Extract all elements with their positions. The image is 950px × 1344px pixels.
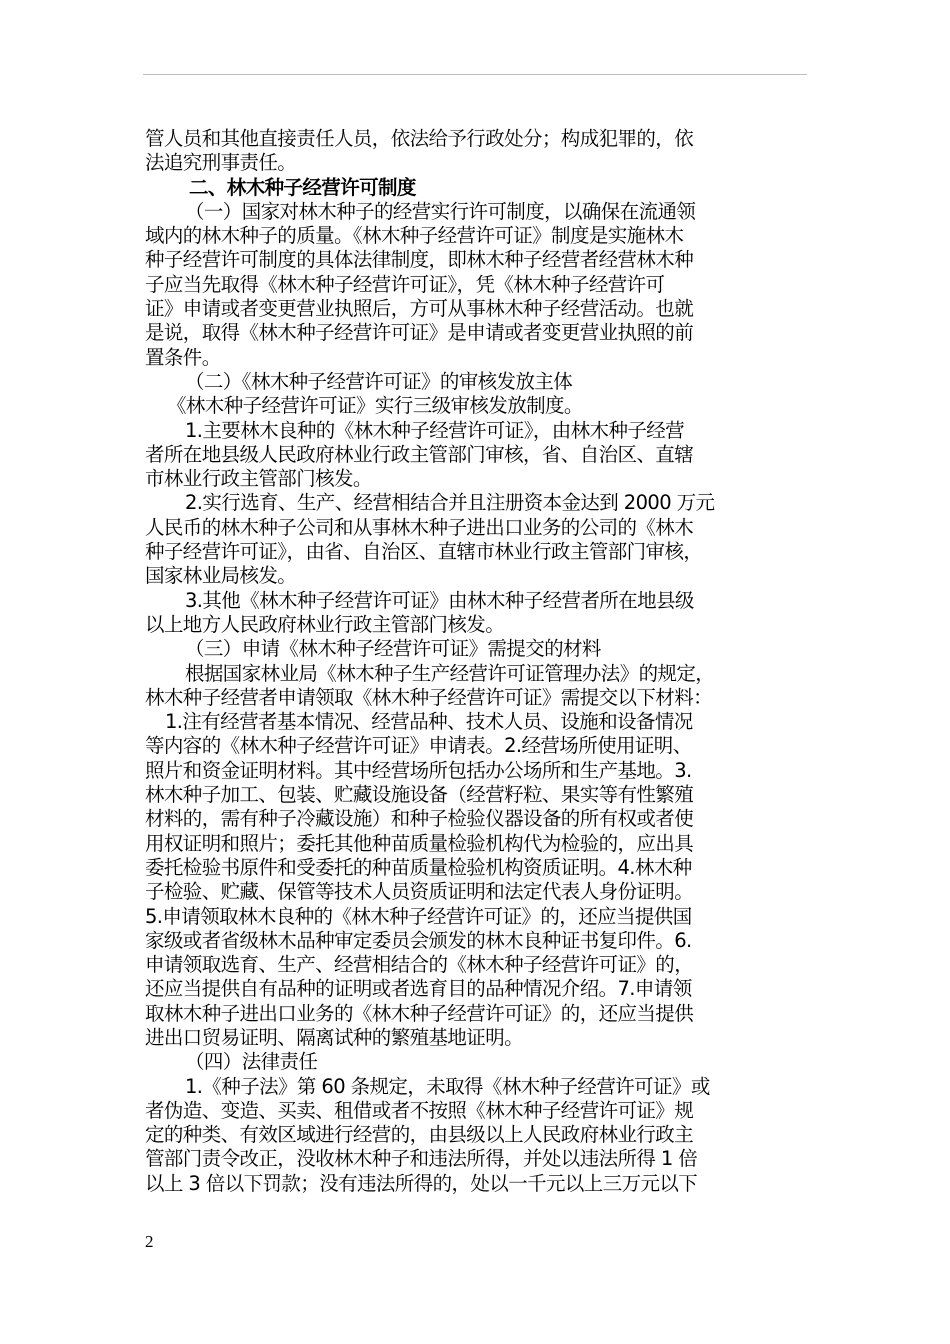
text-line: 管人员和其他直接责任人员，依法给予行政处分；构成犯罪的，依 xyxy=(145,127,810,151)
text-line: 是说，取得《林木种子经营许可证》是申请或者变更营业执照的前 xyxy=(145,321,810,345)
text-line: 用权证明和照片；委托其他种苗质量检验机构代为检验的，应出具 xyxy=(145,832,810,856)
text-line: （三）申请《林木种子经营许可证》需提交的材料 xyxy=(145,637,810,661)
text-line: （四）法律责任 xyxy=(145,1050,810,1074)
text-line: 人民币的林木种子公司和从事林木种子进出口业务的公司的《林木 xyxy=(145,516,810,540)
page-number: 2 xyxy=(145,1232,154,1252)
text-line: 3.其他《林木种子经营许可证》由林木种子经营者所在地县级 xyxy=(145,589,810,613)
text-line: 证》申请或者变更营业执照后，方可从事林木种子经营活动。也就 xyxy=(145,297,810,321)
text-line: 市林业行政主管部门核发。 xyxy=(145,467,810,491)
text-line: 委托检验书原件和受委托的种苗质量检验机构资质证明。4.林木种 xyxy=(145,856,810,880)
text-line: 1.主要林木良种的《林木种子经营许可证》，由林木种子经营 xyxy=(145,419,810,443)
document-body: 管人员和其他直接责任人员，依法给予行政处分；构成犯罪的，依法追究刑事责任。二、林… xyxy=(145,127,810,1196)
text-line: 取林木种子进出口业务的《林木种子经营许可证》的，还应当提供 xyxy=(145,1002,810,1026)
text-line: 1.《种子法》第 60 条规定，未取得《林木种子经营许可证》或 xyxy=(145,1075,810,1099)
text-line: 以上 3 倍以下罚款；没有违法所得的，处以一千元以上三万元以下 xyxy=(145,1172,810,1196)
text-line: 根据国家林业局《林木种子生产经营许可证管理办法》的规定， xyxy=(145,662,810,686)
text-line: 2.实行选育、生产、经营相结合并且注册资本金达到 2000 万元 xyxy=(145,491,810,515)
text-line: 法追究刑事责任。 xyxy=(145,151,810,175)
text-line: 种子经营许可制度的具体法律制度，即林木种子经营者经营林木种 xyxy=(145,248,810,272)
text-line: 照片和资金证明材料。其中经营场所包括办公场所和生产基地。3. xyxy=(145,759,810,783)
text-line: 进出口贸易证明、隔离试种的繁殖基地证明。 xyxy=(145,1026,810,1050)
text-line: 《林木种子经营许可证》实行三级审核发放制度。 xyxy=(145,394,810,418)
text-line: 还应当提供自有品种的证明或者选育目的品种情况介绍。7.申请领 xyxy=(145,977,810,1001)
header-rule xyxy=(143,74,807,75)
text-line: 1.注有经营者基本情况、经营品种、技术人员、设施和设备情况 xyxy=(145,710,810,734)
text-line: 材料的，需有种子冷藏设施）和种子检验仪器设备的所有权或者使 xyxy=(145,807,810,831)
text-line: 林木种子经营者申请领取《林木种子经营许可证》需提交以下材料： xyxy=(145,686,810,710)
text-line: 种子经营许可证》，由省、自治区、直辖市林业行政主管部门审核， xyxy=(145,540,810,564)
text-line: （一）国家对林木种子的经营实行许可制度，以确保在流通领 xyxy=(145,200,810,224)
text-line: 管部门责令改正，没收林木种子和违法所得，并处以违法所得 1 倍 xyxy=(145,1147,810,1171)
text-line: 定的种类、有效区域进行经营的，由县级以上人民政府林业行政主 xyxy=(145,1123,810,1147)
text-line: 林木种子加工、包装、贮藏设施设备（经营籽粒、果实等有性繁殖 xyxy=(145,783,810,807)
text-line: 者所在地县级人民政府林业行政主管部门审核，省、自治区、直辖 xyxy=(145,443,810,467)
text-line: 以上地方人民政府林业行政主管部门核发。 xyxy=(145,613,810,637)
text-line: 子应当先取得《林木种子经营许可证》，凭《林木种子经营许可 xyxy=(145,273,810,297)
text-line: 置条件。 xyxy=(145,346,810,370)
text-line: 子检验、贮藏、保管等技术人员资质证明和法定代表人身份证明。 xyxy=(145,880,810,904)
section-heading: 二、林木种子经营许可制度 xyxy=(145,176,810,200)
text-line: 者伪造、变造、买卖、租借或者不按照《林木种子经营许可证》规 xyxy=(145,1099,810,1123)
text-line: 国家林业局核发。 xyxy=(145,564,810,588)
text-line: 域内的林木种子的质量。《林木种子经营许可证》制度是实施林木 xyxy=(145,224,810,248)
text-line: （二）《林木种子经营许可证》的审核发放主体 xyxy=(145,370,810,394)
text-line: 家级或者省级林木品种审定委员会颁发的林木良种证书复印件。6. xyxy=(145,929,810,953)
text-line: 申请领取选育、生产、经营相结合的《林木种子经营许可证》的， xyxy=(145,953,810,977)
text-line: 等内容的《林木种子经营许可证》申请表。2.经营场所使用证明、 xyxy=(145,734,810,758)
text-line: 5.申请领取林木良种的《林木种子经营许可证》的，还应当提供国 xyxy=(145,905,810,929)
